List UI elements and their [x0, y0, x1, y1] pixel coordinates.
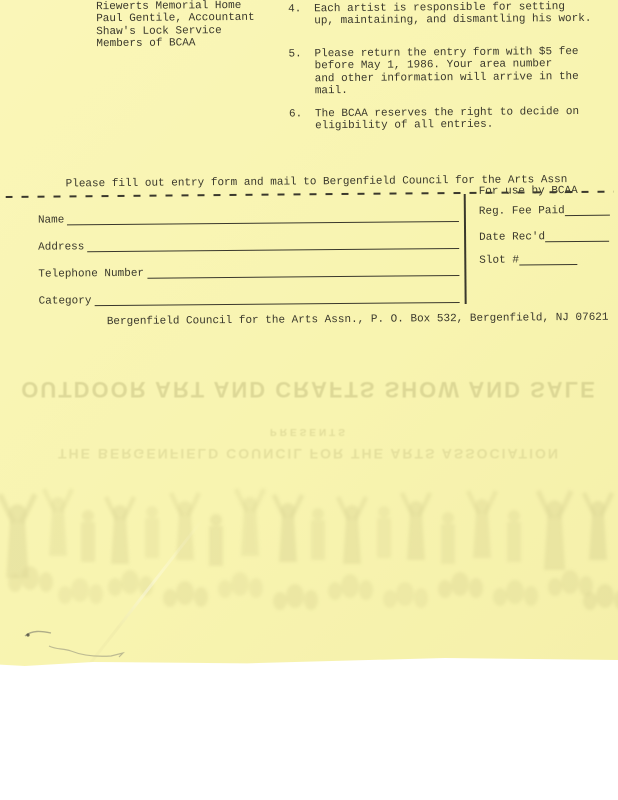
- blank-fill-line: [519, 254, 577, 266]
- mailing-address-line: Bergenfield Council for the Arts Assn., …: [107, 312, 609, 329]
- rule-number: 6.: [289, 108, 315, 133]
- contributor-list: Riewerts Memorial Home Paul Gentile, Acc…: [96, 0, 255, 51]
- field-label: Telephone Number: [38, 267, 144, 280]
- rule-item-6: 6. The BCAA reserves the right to decide…: [289, 106, 615, 134]
- office-field-reg-fee: Reg. Fee Paid: [479, 203, 610, 218]
- rule-number: 4.: [288, 3, 314, 28]
- blank-fill-line: [87, 238, 459, 252]
- form-field-telephone: Telephone Number: [38, 263, 459, 281]
- scanned-document-page: { "page": { "paper_color": "#f8f4b2", "i…: [0, 0, 618, 800]
- office-field-slot-number: Slot #: [479, 252, 577, 267]
- rule-item-4: 4. Each artist is responsible for settin…: [288, 1, 614, 29]
- field-label: Date Rec'd: [479, 231, 545, 244]
- blank-fill-line: [565, 205, 610, 216]
- blank-fill-line: [67, 211, 459, 225]
- field-label: Address: [38, 241, 84, 254]
- form-field-address: Address: [38, 236, 459, 254]
- blank-fill-line: [147, 265, 459, 279]
- rule-text: The BCAA reserves the right to decide on…: [315, 106, 615, 133]
- vertical-divider-line: [464, 194, 467, 304]
- field-label: Category: [39, 295, 92, 308]
- blank-fill-line: [545, 231, 609, 243]
- contributor-line: Shaw's Lock Service: [96, 25, 222, 38]
- field-label: Reg. Fee Paid: [479, 205, 565, 218]
- field-label: Name: [38, 214, 65, 227]
- contributor-line: Paul Gentile, Accountant: [96, 12, 255, 25]
- contributor-line: Members of BCAA: [96, 38, 195, 51]
- blank-fill-line: [94, 292, 459, 306]
- rule-item-5: 5. Please return the entry form with $5 …: [288, 46, 614, 98]
- pencil-scribble-marks: [15, 620, 175, 675]
- field-label: Slot #: [479, 254, 519, 267]
- form-field-category: Category: [39, 290, 460, 308]
- office-use-title: For use by BCAA: [479, 185, 578, 198]
- typed-content-layer: Riewerts Memorial Home Paul Gentile, Acc…: [0, 0, 618, 668]
- office-field-date-recd: Date Rec'd: [479, 229, 609, 244]
- contributor-line: Riewerts Memorial Home: [96, 0, 241, 13]
- rule-number: 5.: [288, 48, 314, 98]
- form-field-name: Name: [38, 209, 459, 227]
- rule-text: Each artist is responsible for setting u…: [314, 1, 614, 28]
- yellow-paper-sheet: OUTDOOR ART AND CRAFTS SHOW AND SALE PRE…: [0, 0, 618, 668]
- rule-text: Please return the entry form with $5 fee…: [314, 46, 614, 98]
